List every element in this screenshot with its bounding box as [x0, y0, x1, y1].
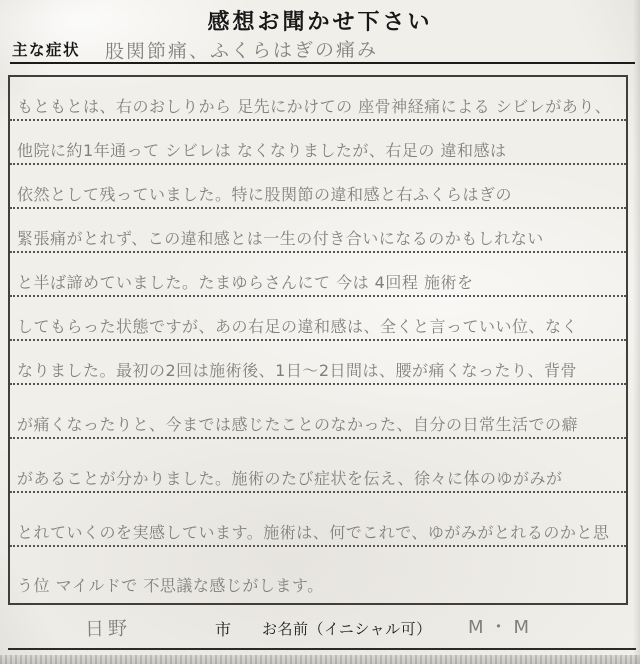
- testimonial-line: もともとは、右のおしりから 足先にかけての 座骨神経痛による シビレがあり、: [10, 77, 626, 121]
- handwritten-text: があることが分かりました。施術のたび症状を伝え、徐々に体のゆがみが: [17, 470, 562, 488]
- signature-row: 日野 市 お名前（イニシャル可） M・M: [0, 606, 640, 650]
- testimonial-line: なりました。最初の2回は施術後、1日〜2日間は、腰が痛くなったり、背骨: [10, 341, 626, 385]
- testimonial-line: う位 マイルドで 不思議な感じがします。: [10, 547, 626, 603]
- handwritten-text: もともとは、右のおしりから 足先にかけての 座骨神経痛による シビレがあり、: [17, 98, 611, 116]
- name-label: お名前（イニシャル可）: [262, 618, 432, 639]
- handwritten-text: とれていくのを実感しています。施術は、何でこれで、ゆがみがとれるのかと思: [17, 524, 609, 542]
- testimonial-line: が痛くなったりと、今までは感じたことのなかった、自分の日常生活での癖: [10, 385, 626, 439]
- symptom-label: 主な症状: [12, 38, 80, 60]
- testimonial-line: 緊張痛がとれず、この違和感とは一生の付き合いになるのかもしれない: [10, 209, 626, 253]
- testimonial-line: と半ば諦めていました。たまゆらさんにて 今は 4回程 施術を: [10, 253, 626, 297]
- handwritten-text: う位 マイルドで 不思議な感じがします。: [17, 577, 324, 595]
- name-handwritten-value: M・M: [468, 613, 535, 639]
- handwritten-text: と半ば諦めていました。たまゆらさんにて 今は 4回程 施術を: [17, 274, 473, 292]
- city-handwritten-value: 日野: [85, 614, 131, 642]
- symptom-field: 主な症状 股関節痛、ふくらはぎの痛み: [10, 38, 635, 64]
- city-suffix-label: 市: [215, 617, 232, 640]
- testimonial-line: 他院に約1年通って シビレは なくなりましたが、右足の 違和感は: [10, 121, 626, 165]
- testimonial-line: があることが分かりました。施術のたび症状を伝え、徐々に体のゆがみが: [10, 439, 626, 493]
- paper-scan-edge: [0, 655, 640, 664]
- page-title: 感想お聞かせ下さい: [0, 5, 640, 36]
- symptom-handwritten-value: 股関節痛、ふくらはぎの痛み: [105, 35, 378, 64]
- handwritten-text: が痛くなったりと、今までは感じたことのなかった、自分の日常生活での癖: [17, 416, 578, 434]
- paper-edge-shadow: [633, 0, 640, 664]
- handwritten-text: 緊張痛がとれず、この違和感とは一生の付き合いになるのかもしれない: [17, 230, 544, 248]
- handwritten-text: してもらった状態ですが、あの右足の違和感は、全くと言っていい位、なく: [17, 318, 578, 336]
- testimonial-line: とれていくのを実感しています。施術は、何でこれで、ゆがみがとれるのかと思: [10, 493, 626, 547]
- testimonial-box: もともとは、右のおしりから 足先にかけての 座骨神経痛による シビレがあり、 他…: [8, 75, 628, 605]
- handwritten-text: なりました。最初の2回は施術後、1日〜2日間は、腰が痛くなったり、背骨: [17, 362, 577, 380]
- signature-underline: [8, 648, 636, 650]
- handwritten-text: 依然として残っていました。特に股関節の違和感と右ふくらはぎの: [17, 186, 512, 204]
- testimonial-line: してもらった状態ですが、あの右足の違和感は、全くと言っていい位、なく: [10, 297, 626, 341]
- handwritten-text: 他院に約1年通って シビレは なくなりましたが、右足の 違和感は: [17, 142, 506, 160]
- testimonial-line: 依然として残っていました。特に股関節の違和感と右ふくらはぎの: [10, 165, 626, 209]
